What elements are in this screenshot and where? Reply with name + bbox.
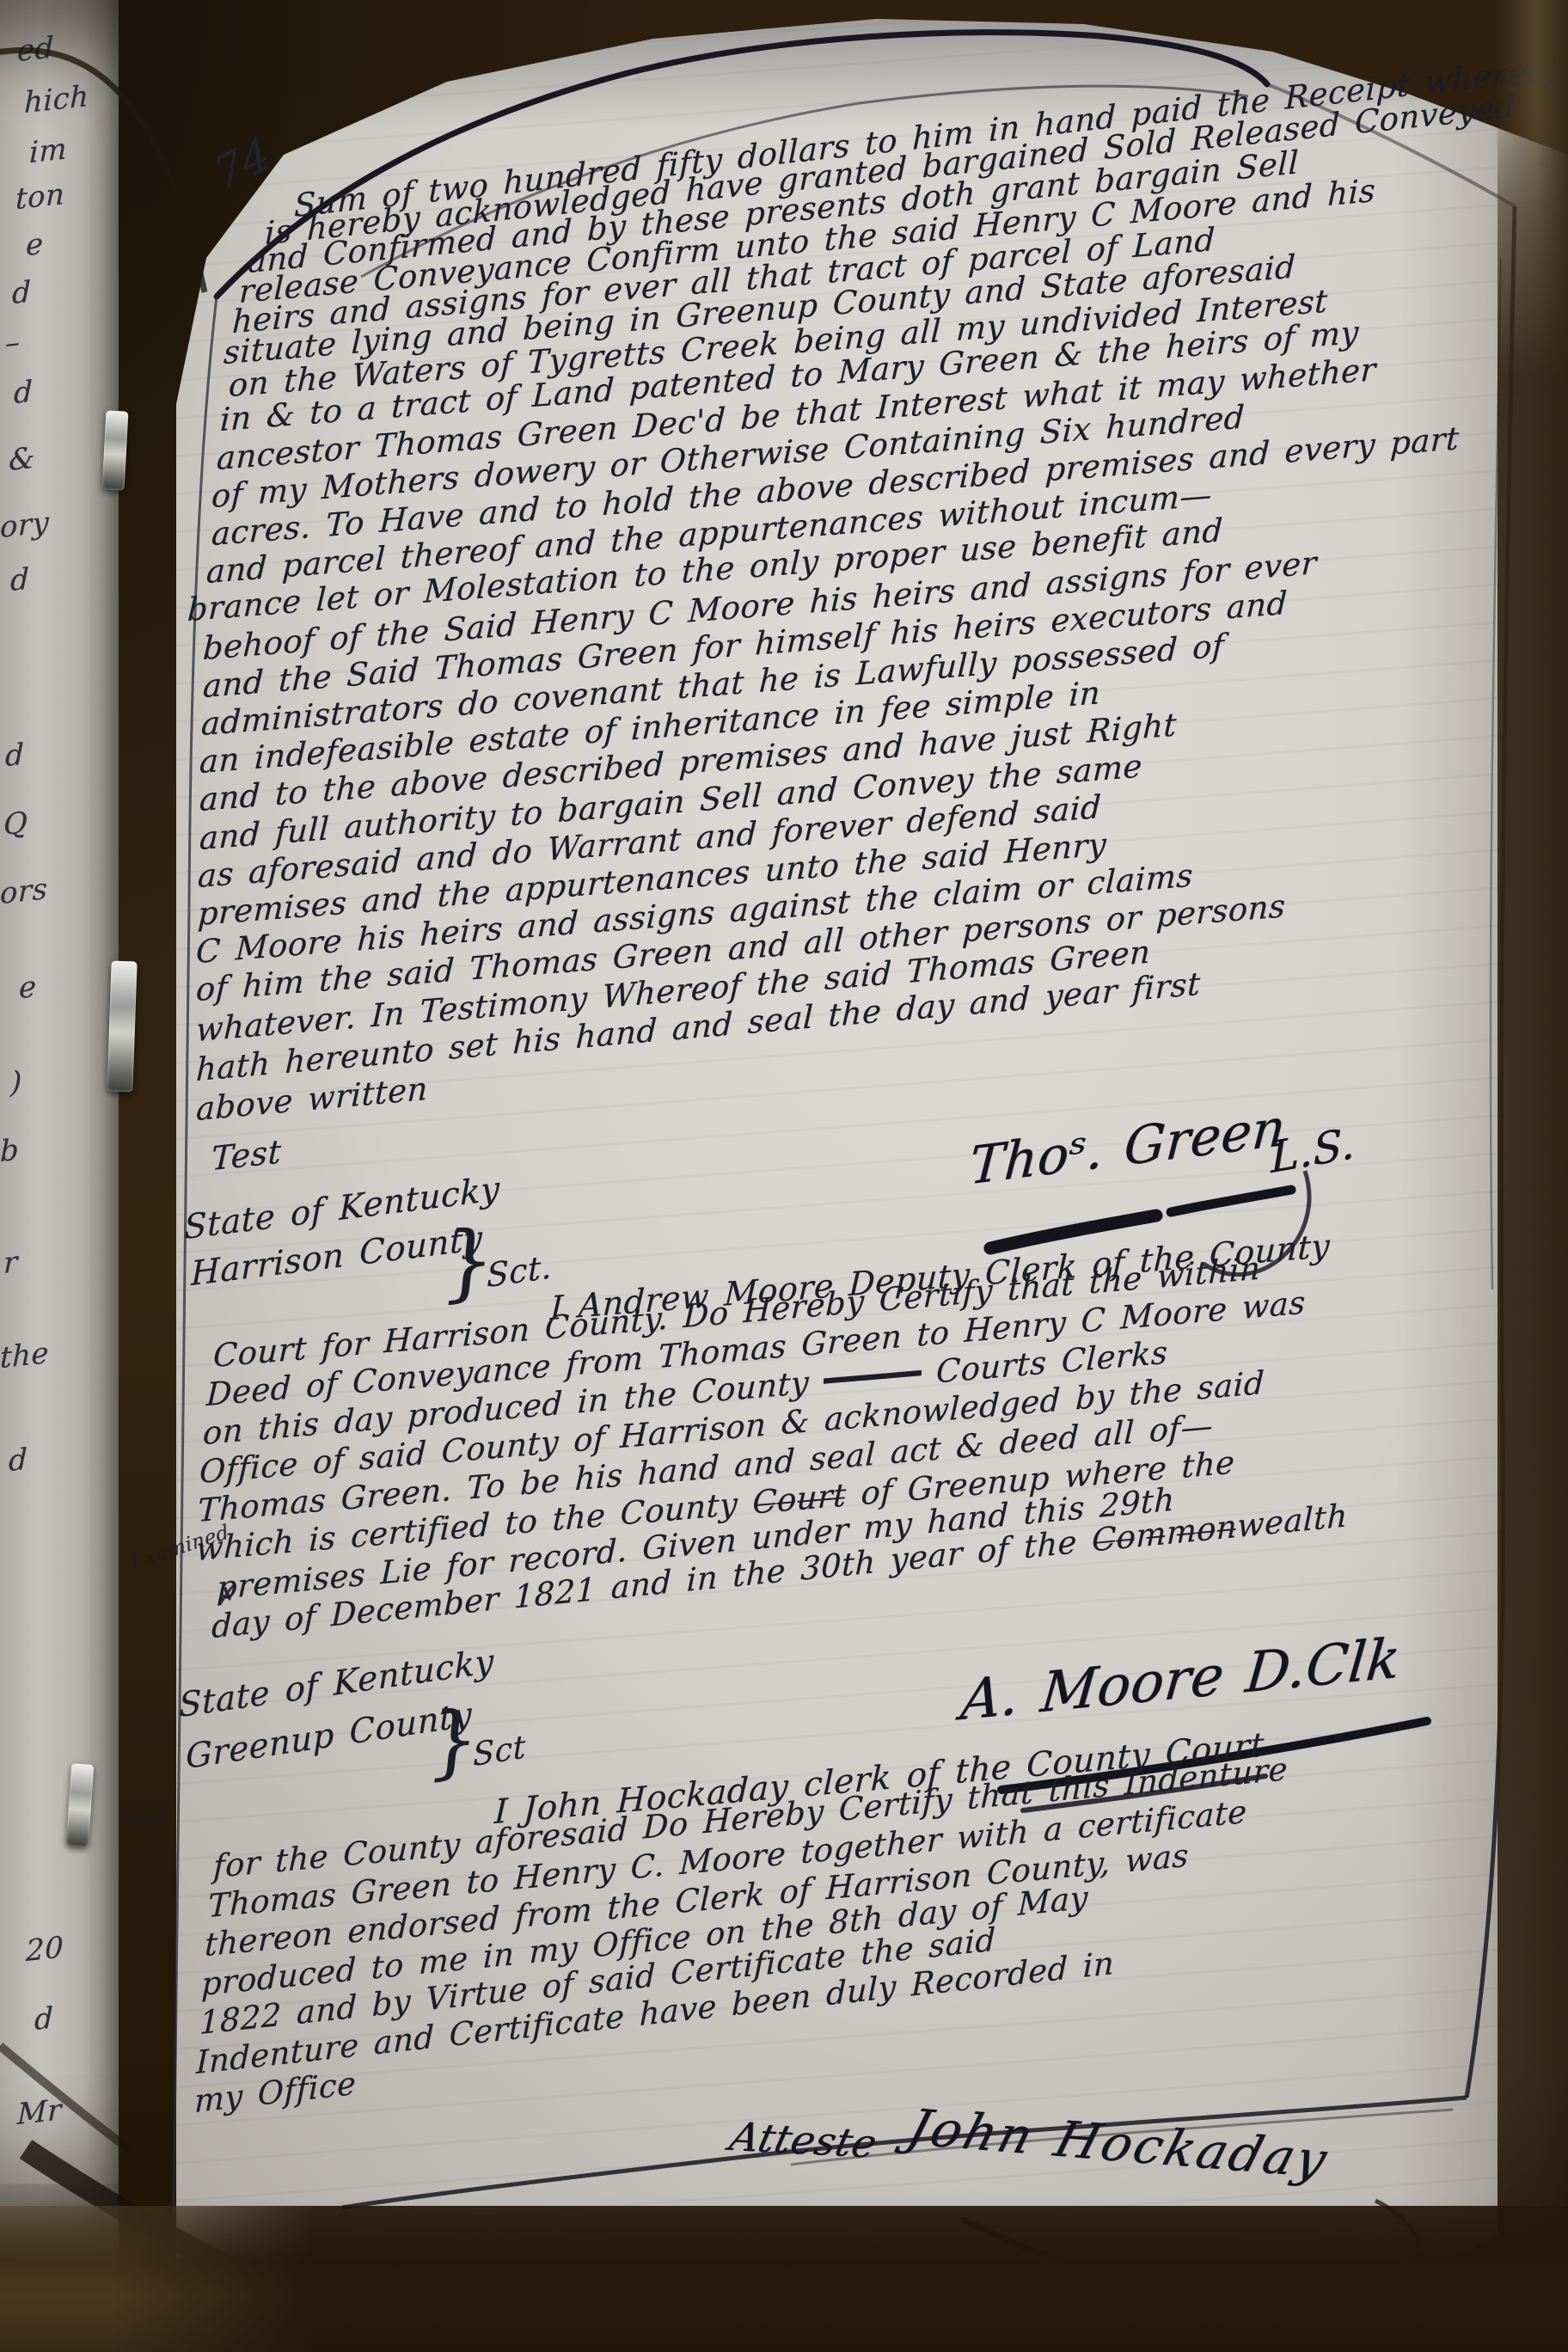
- greenup-cert-body: for the County aforesaid Do Hereby Certi…: [0, 0, 1568, 2352]
- book-bottom-edge: [0, 2206, 1568, 2352]
- atteste-label: Atteste: [726, 2113, 882, 2166]
- deed-book-photo: edhichimtoned–d&oryddQorse)brthed20dMr: [0, 0, 1568, 2352]
- manuscript-text-layer: 74 Sum of two hundred fifty dollars to h…: [0, 0, 1568, 2352]
- book-right-edge: [1498, 0, 1568, 2352]
